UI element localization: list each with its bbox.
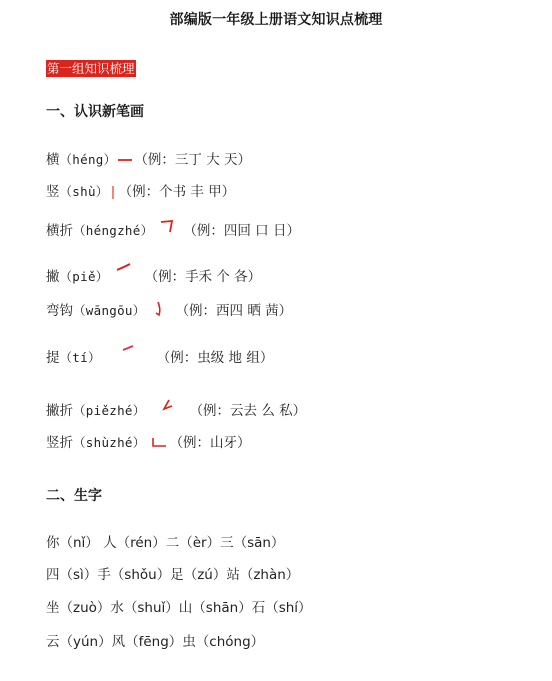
- character-row: 四（sì）手（shǒu）足（zú）站（zhàn）: [46, 565, 299, 585]
- stroke-row-wangou: 弯钩（wāngōu）（例：西四 晒 茜）: [46, 301, 292, 321]
- character-row: 你（nǐ） 人（rén）二（èr）三（sān）: [46, 533, 284, 553]
- stroke-example: （例：云去 么 私）: [190, 401, 307, 421]
- stroke-wangou-icon: [154, 300, 164, 318]
- stroke-hengzhe-icon: [159, 218, 175, 234]
- stroke-row-shu: 竖（shù）（例：个书 丰 甲）: [46, 182, 235, 202]
- stroke-heng-icon: [116, 153, 134, 167]
- stroke-pinyin: （wāngōu）: [73, 301, 146, 321]
- stroke-pie-icon: [115, 262, 133, 272]
- character-row: 云（yún）风（fēng）虫（chóng）: [46, 632, 264, 652]
- part2-heading: 二、生字: [46, 485, 102, 505]
- stroke-name: 弯钩: [46, 301, 73, 321]
- stroke-name: 提: [46, 348, 60, 368]
- stroke-shu-icon: [109, 184, 119, 200]
- stroke-ti-icon: [121, 344, 135, 352]
- document-title: 部编版一年级上册语文知识点梳理: [0, 9, 552, 29]
- stroke-row-piezhe: 撇折（piězhé）（例：云去 么 私）: [46, 401, 306, 421]
- section-banner: 第一组知识梳理: [46, 60, 136, 77]
- part1-heading: 一、认识新笔画: [46, 101, 144, 121]
- stroke-pinyin: （piě）: [60, 267, 109, 287]
- stroke-name: 撇折: [46, 401, 73, 421]
- stroke-pinyin: （shùzhé）: [73, 433, 146, 453]
- stroke-piezhe-icon: [160, 398, 174, 412]
- stroke-row-heng: 横（héng）（例：三丁 大 天）: [46, 150, 251, 170]
- stroke-pinyin: （tí）: [60, 348, 101, 368]
- stroke-example: （例：手禾 个 各）: [145, 267, 262, 287]
- stroke-example: （例：山牙）: [170, 433, 251, 453]
- stroke-example: （例：个书 丰 甲）: [119, 182, 236, 202]
- stroke-name: 横: [46, 150, 60, 170]
- stroke-pinyin: （shù）: [60, 182, 109, 202]
- character-row: 坐（zuò）水（shuǐ）山（shān）石（shí）: [46, 598, 312, 618]
- stroke-row-hengzhe: 横折（héngzhé）（例：四回 口 日）: [46, 221, 300, 241]
- stroke-name: 撇: [46, 267, 60, 287]
- stroke-pinyin: （piězhé）: [73, 401, 146, 421]
- stroke-example: （例：虫级 地 组）: [157, 348, 274, 368]
- stroke-name: 竖: [46, 182, 60, 202]
- stroke-pinyin: （héng）: [60, 150, 117, 170]
- stroke-shuzhe-icon: [150, 437, 168, 449]
- stroke-example: （例：三丁 大 天）: [134, 150, 251, 170]
- stroke-pinyin: （héngzhé）: [73, 221, 153, 241]
- stroke-row-shuzhe: 竖折（shùzhé）（例：山牙）: [46, 433, 251, 453]
- stroke-row-pie: 撇（piě）（例：手禾 个 各）: [46, 267, 261, 287]
- stroke-name: 横折: [46, 221, 73, 241]
- stroke-example: （例：四回 口 日）: [183, 221, 300, 241]
- stroke-example: （例：西四 晒 茜）: [176, 301, 293, 321]
- stroke-row-ti: 提（tí）（例：虫级 地 组）: [46, 348, 273, 368]
- stroke-name: 竖折: [46, 433, 73, 453]
